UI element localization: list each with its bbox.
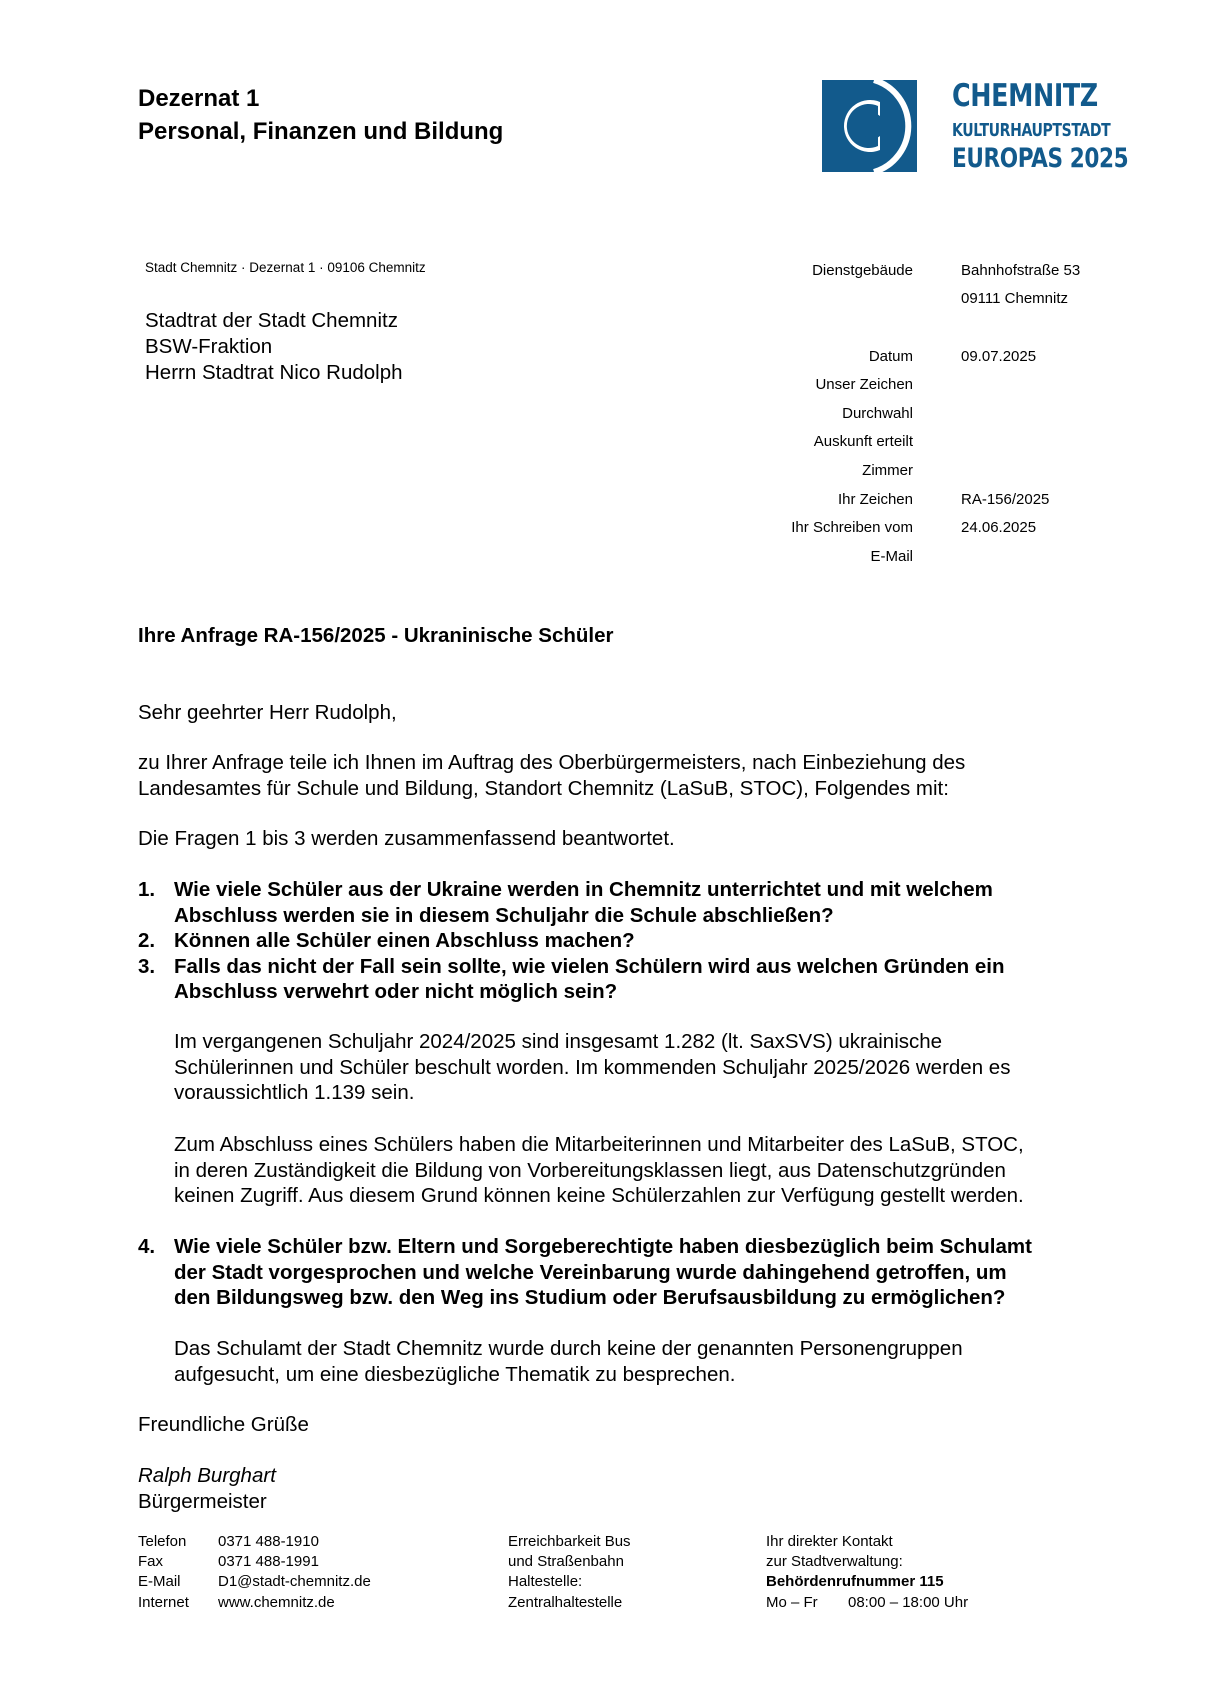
info-value: 24.06.2025 xyxy=(961,519,1036,536)
info-row: Ihr ZeichenRA-156/2025 xyxy=(700,485,1120,514)
footer-contact: Telefon0371 488-1910 Fax0371 488-1991 E-… xyxy=(138,1532,371,1613)
fax-number: 0371 488-1991 xyxy=(218,1552,319,1572)
info-value: 09111 Chemnitz xyxy=(961,290,1068,307)
info-label: E-Mail xyxy=(700,548,913,565)
sender-line: Stadt Chemnitz · Dezernat 1 · 09106 Chem… xyxy=(145,260,426,275)
question-item: 3. Falls das nicht der Fall sein sollte,… xyxy=(138,954,1004,1005)
question-item: 1. Wie viele Schüler aus der Ukraine wer… xyxy=(138,877,1004,928)
info-label: Durchwahl xyxy=(700,405,913,422)
website-link[interactable]: www.chemnitz.de xyxy=(218,1593,335,1613)
question-number: 3. xyxy=(138,954,174,1005)
info-label: Unser Zeichen xyxy=(700,376,913,393)
closing: Freundliche Grüße xyxy=(138,1412,309,1438)
info-row: Unser Zeichen xyxy=(700,370,1120,399)
department-heading: Dezernat 1 Personal, Finanzen und Bildun… xyxy=(138,82,503,148)
info-row-building: Dienstgebäude Bahnhofstraße 53 xyxy=(700,256,1120,285)
recipient-line: BSW-Fraktion xyxy=(145,334,403,360)
office-hours: Mo – Fr 08:00 – 18:00 Uhr xyxy=(766,1593,968,1613)
signature-block: Ralph Burghart Bürgermeister xyxy=(138,1463,276,1514)
questions-list: 1. Wie viele Schüler aus der Ukraine wer… xyxy=(138,877,1004,1005)
logo-capital: KULTURHAUPTSTADT xyxy=(952,120,1124,142)
answer-paragraph: Im vergangenen Schuljahr 2024/2025 sind … xyxy=(174,1029,1010,1106)
salutation: Sehr geehrter Herr Rudolph, xyxy=(138,700,397,726)
info-label: Ihr Schreiben vom xyxy=(700,519,913,536)
recipient-line: Stadtrat der Stadt Chemnitz xyxy=(145,308,403,334)
signer-title: Bürgermeister xyxy=(138,1489,276,1515)
footer-direct-contact: Ihr direkter Kontakt zur Stadtverwaltung… xyxy=(766,1532,968,1613)
department-number: Dezernat 1 xyxy=(138,82,503,115)
info-row: E-Mail xyxy=(700,542,1120,571)
letter-subject: Ihre Anfrage RA-156/2025 - Ukraninische … xyxy=(138,624,613,648)
recipient-address: Stadtrat der Stadt Chemnitz BSW-Fraktion… xyxy=(145,308,403,386)
logo-year: EUROPAS 2025 xyxy=(952,144,1128,174)
intro-paragraph: zu Ihrer Anfrage teile ich Ihnen im Auft… xyxy=(138,750,965,801)
info-value: RA-156/2025 xyxy=(961,491,1049,508)
question-number: 2. xyxy=(138,928,174,954)
answer-paragraph: Das Schulamt der Stadt Chemnitz wurde du… xyxy=(174,1336,963,1387)
chemnitz-c-logo-icon xyxy=(822,80,917,172)
info-row: Zimmer xyxy=(700,456,1120,485)
recipient-line: Herrn Stadtrat Nico Rudolph xyxy=(145,360,403,386)
signer-name: Ralph Burghart xyxy=(138,1463,276,1489)
hotline-number: Behördenrufnummer 115 xyxy=(766,1572,968,1592)
info-row: Durchwahl xyxy=(700,399,1120,428)
phone-number: 0371 488-1910 xyxy=(218,1532,319,1552)
info-label: Datum xyxy=(700,348,913,365)
footer-transit: Erreichbarkeit Bus und Straßenbahn Halte… xyxy=(508,1532,631,1613)
info-label: Dienstgebäude xyxy=(700,262,913,279)
note-paragraph: Die Fragen 1 bis 3 werden zusammenfassen… xyxy=(138,826,675,852)
question-number: 4. xyxy=(138,1234,174,1311)
question-4: 4. Wie viele Schüler bzw. Eltern und Sor… xyxy=(138,1234,1032,1311)
info-value: Bahnhofstraße 53 xyxy=(961,262,1080,279)
question-item: 4. Wie viele Schüler bzw. Eltern und Sor… xyxy=(138,1234,1032,1311)
info-value: 09.07.2025 xyxy=(961,348,1036,365)
question-item: 2. Können alle Schüler einen Abschluss m… xyxy=(138,928,1004,954)
info-label: Auskunft erteilt xyxy=(700,433,913,450)
info-row-building-city: 09111 Chemnitz xyxy=(700,285,1120,314)
logo-city: CHEMNITZ xyxy=(952,78,1133,114)
question-number: 1. xyxy=(138,877,174,928)
info-label: Zimmer xyxy=(700,462,913,479)
info-row: Ihr Schreiben vom24.06.2025 xyxy=(700,513,1120,542)
info-label: Ihr Zeichen xyxy=(700,491,913,508)
chemnitz-logo-text: CHEMNITZ KULTURHAUPTSTADT EUROPAS 2025 xyxy=(952,78,1172,174)
department-name: Personal, Finanzen und Bildung xyxy=(138,115,503,148)
info-row: Auskunft erteilt xyxy=(700,428,1120,457)
answer-paragraph: Zum Abschluss eines Schülers haben die M… xyxy=(174,1132,1024,1209)
email-link[interactable]: D1@stadt-chemnitz.de xyxy=(218,1572,371,1592)
info-row: Datum09.07.2025 xyxy=(700,342,1120,371)
letter-info-block: Dienstgebäude Bahnhofstraße 53 09111 Che… xyxy=(700,256,1120,571)
